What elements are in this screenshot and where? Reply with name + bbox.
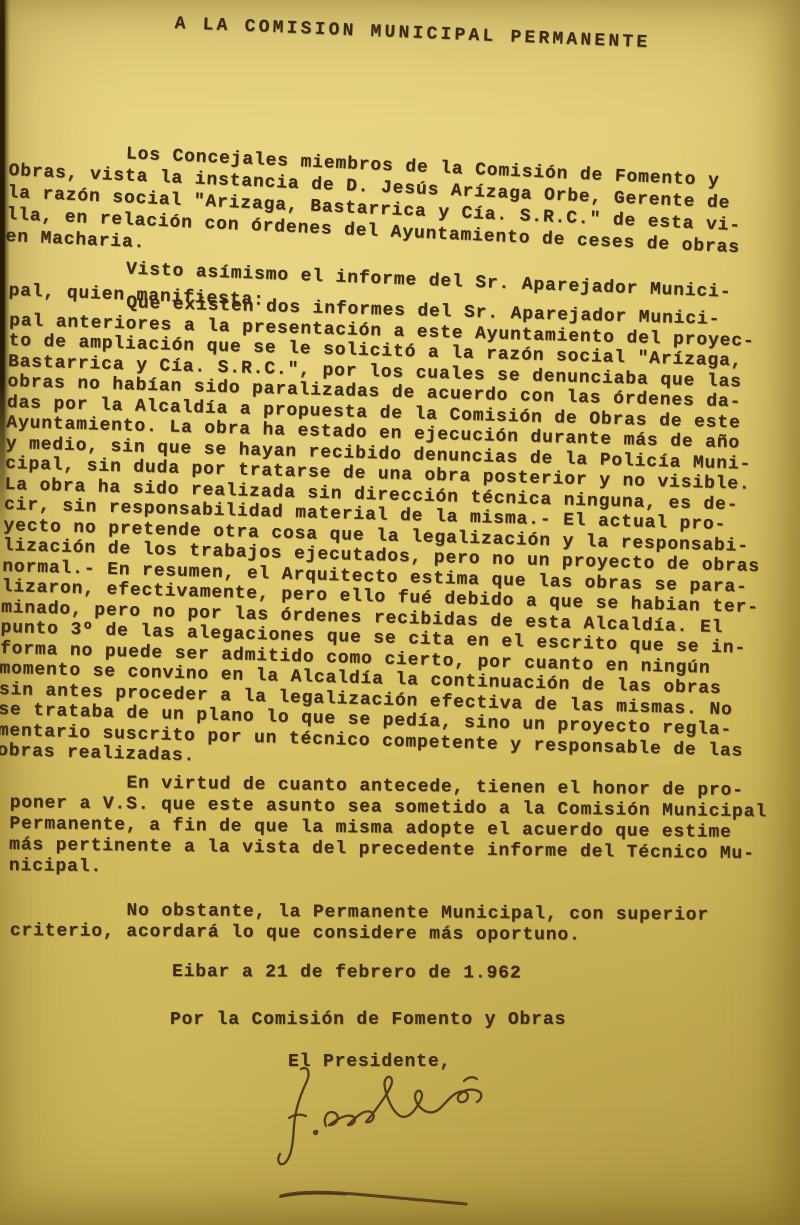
paragraph-propuesta: En virtud de cuanto antecede, tienen el … [9, 772, 768, 886]
paragraph-informe-aparejador: Que existen dos informes del Sr. Apareja… [0, 290, 767, 782]
scanned-document-page: A LA COMISION MUNICIPAL PERMANENTE Los C… [0, 0, 800, 1225]
date-line: Eibar a 21 de febrero de 1.962 [172, 962, 522, 984]
signature-flourish-line [276, 1188, 471, 1208]
document-title: A LA COMISION MUNICIPAL PERMANENTE [174, 14, 650, 53]
handwritten-signature [268, 1064, 488, 1166]
paragraph-no-obstante: No obstante, la Permanente Municipal, co… [10, 900, 709, 947]
commission-line: Por la Comisión de Fomento y Obras [170, 1010, 566, 1030]
